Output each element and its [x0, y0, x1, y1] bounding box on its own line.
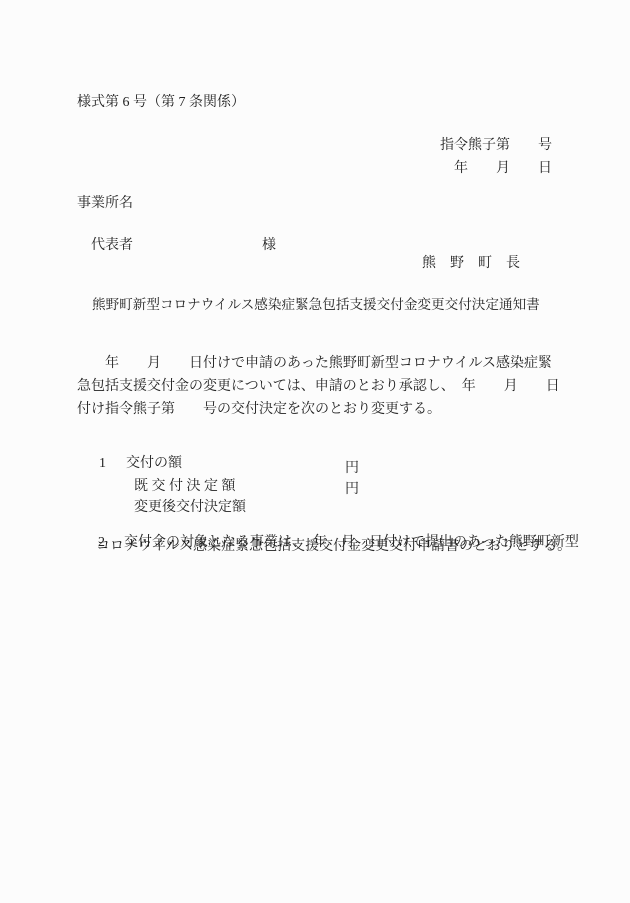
section1-number: 1 [99, 456, 106, 471]
office-name-label: 事業所名 [77, 195, 133, 213]
revised-grant-amount-unit: 円 [345, 481, 359, 499]
body-paragraph-line-3: 付け指令熊子第 号の交付決定を次のとおり変更する。 [77, 401, 441, 419]
document-page: 様式第 6 号（第 7 条関係） 指令熊子第 号 年 月 日 事業所名 代表者様… [0, 0, 630, 903]
representative-line: 代表者様 [77, 219, 276, 273]
previous-grant-amount-unit: 円 [345, 460, 359, 478]
representative-label: 代表者 [91, 238, 133, 253]
directive-number: 指令熊子第 号 [380, 134, 552, 157]
section2-line-2: コロナウイルス感染症緊急包括支援交付金変更交付申請書のとおりとする。 [96, 538, 571, 556]
honorific-sama: 様 [262, 238, 276, 253]
body-paragraph-line-1: 年 月 日付けで申請のあった熊野町新型コロナウイルス感染症緊 [77, 355, 552, 373]
body-paragraph-line-2: 急包括支援交付金の変更については、申請のとおり承認し、 年 月 日 [77, 378, 560, 396]
document-title: 熊野町新型コロナウイルス感染症緊急包括支援交付金変更交付決定通知書 [92, 296, 540, 314]
issue-date: 年 月 日 [380, 157, 552, 180]
mayor-signature: 熊 野 町 長 [422, 255, 520, 273]
header-right-block: 指令熊子第 号 年 月 日 [380, 134, 552, 180]
revised-grant-amount-label: 変更後交付決定額 [134, 500, 246, 515]
form-number: 様式第 6 号（第 7 条関係） [77, 94, 245, 112]
